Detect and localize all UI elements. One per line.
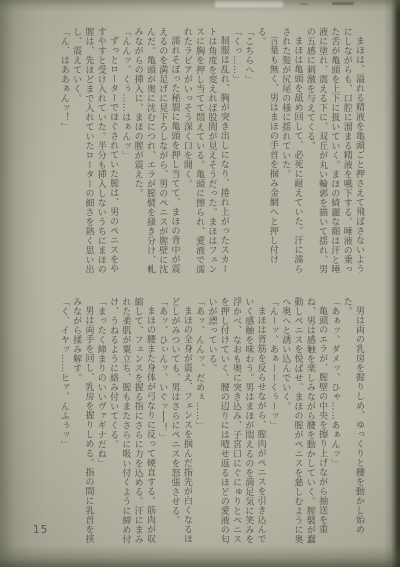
text-paragraph: 濡れそぼった秘裂に亀頭を押し当てて、まほの背中が震えるのを満足げに見下ろしながら… [131, 27, 180, 274]
text-paragraph: 「まったく締まりのいいヴァギナだね」 [94, 297, 106, 545]
text-paragraph: まほの腰また身体が弓なりに反って硬直する。筋肉が収縮して、フェンスを握る指にさら… [107, 297, 156, 545]
text-paragraph: 「くっ……」 [230, 27, 242, 274]
page-number: 15 [33, 524, 48, 536]
text-paragraph: ずっとローターでほぐされていた膣は、男のペニスをやすやすと受け入れていた。半分も… [70, 27, 119, 274]
text-paragraph: 亀頭のエラが、膣壁の中央を擦り上げながら抽送を重ね、男は感触を楽しみながら腰を動… [279, 297, 328, 545]
text-paragraph: まほは背筋を反らせながら、膣肉がペニスを引き込んでいく感触を味わう。男はまほが悶… [205, 297, 266, 545]
scanned-page: まほは、溢れる精液を亀頭ごと押さえて飛ばさないようにしながらも、口腔に溜まる精液… [0, 0, 400, 567]
paper: まほは、溢れる精液を亀頭ごと押さえて飛ばさないようにしながらも、口腔に溜まる精液… [0, 0, 400, 567]
text-paragraph: 男は両の乳房を握りしめ、ゆっくりと腰を動かし始めた。 [340, 297, 365, 545]
text-paragraph: 「んーッ、あぁーーくぅーッ」 [267, 297, 279, 545]
text-paragraph: 「んんッ、くぅ……はぁんッ」 [119, 27, 131, 274]
text-paragraph: 男は両手を回し、乳房を握りしめる。指の間に乳首を挟みながら揉み解す。 [70, 297, 95, 545]
text-paragraph: 「ん、はああぁんッ！」 [58, 27, 70, 274]
text-paragraph: まほは、溢れる精液を亀頭ごと押さえて飛ばさないようにしながらも、口腔に溜まる精液… [304, 27, 365, 274]
text-paragraph: 「こちらへ」 [242, 27, 254, 274]
text-paragraph: 「あぁッ、ダメッ、ひゃ……あぁんッ」 [328, 297, 340, 545]
text-paragraph: まほの全身が震え、フェンスを掴んだ指先が白くなるほどしがみついても、男はさらにペ… [168, 297, 193, 545]
text-paragraph: 亀頭が膣奥に当たった瞬間、まほは軽く達したようだった。 [57, 27, 58, 274]
text-paragraph: 股下で悶えるまほに対して、男は艶めかしく乳房を揉み付けてくる。ペニスを抜き挿すと… [57, 297, 58, 545]
text-block-top: まほは、溢れる精液を亀頭ごと押さえて飛ばさないようにしながらも、口腔に溜まる精液… [57, 27, 365, 274]
text-paragraph: 「あッ、んんッ、だめぇ……」 [193, 297, 205, 545]
text-paragraph: 言葉も無く、男はまほの手首を掴み金網へと押し付ける。 [254, 27, 279, 274]
text-paragraph: 制服は乱れ、胸が突き出しになり、捲れ上がったスカートは角度を変えれば股間が見えそ… [181, 27, 230, 274]
text-paragraph: 「あッ、ひぃんッ、いぐッ──！」 [156, 297, 168, 545]
text-paragraph: まほは亀頭を舐め回して、必死に耐えていた。汗に濡らされた髪が尻尾の様に揺れていた… [279, 27, 304, 274]
text-paragraph: 「く、イヤッ……ヒァ、んふぅッ」 [58, 297, 70, 545]
text-block-bottom: 男は両の乳房を握りしめ、ゆっくりと腰を動かし始めた。「あぁッ、ダメッ、ひゃ……あ… [57, 297, 365, 545]
